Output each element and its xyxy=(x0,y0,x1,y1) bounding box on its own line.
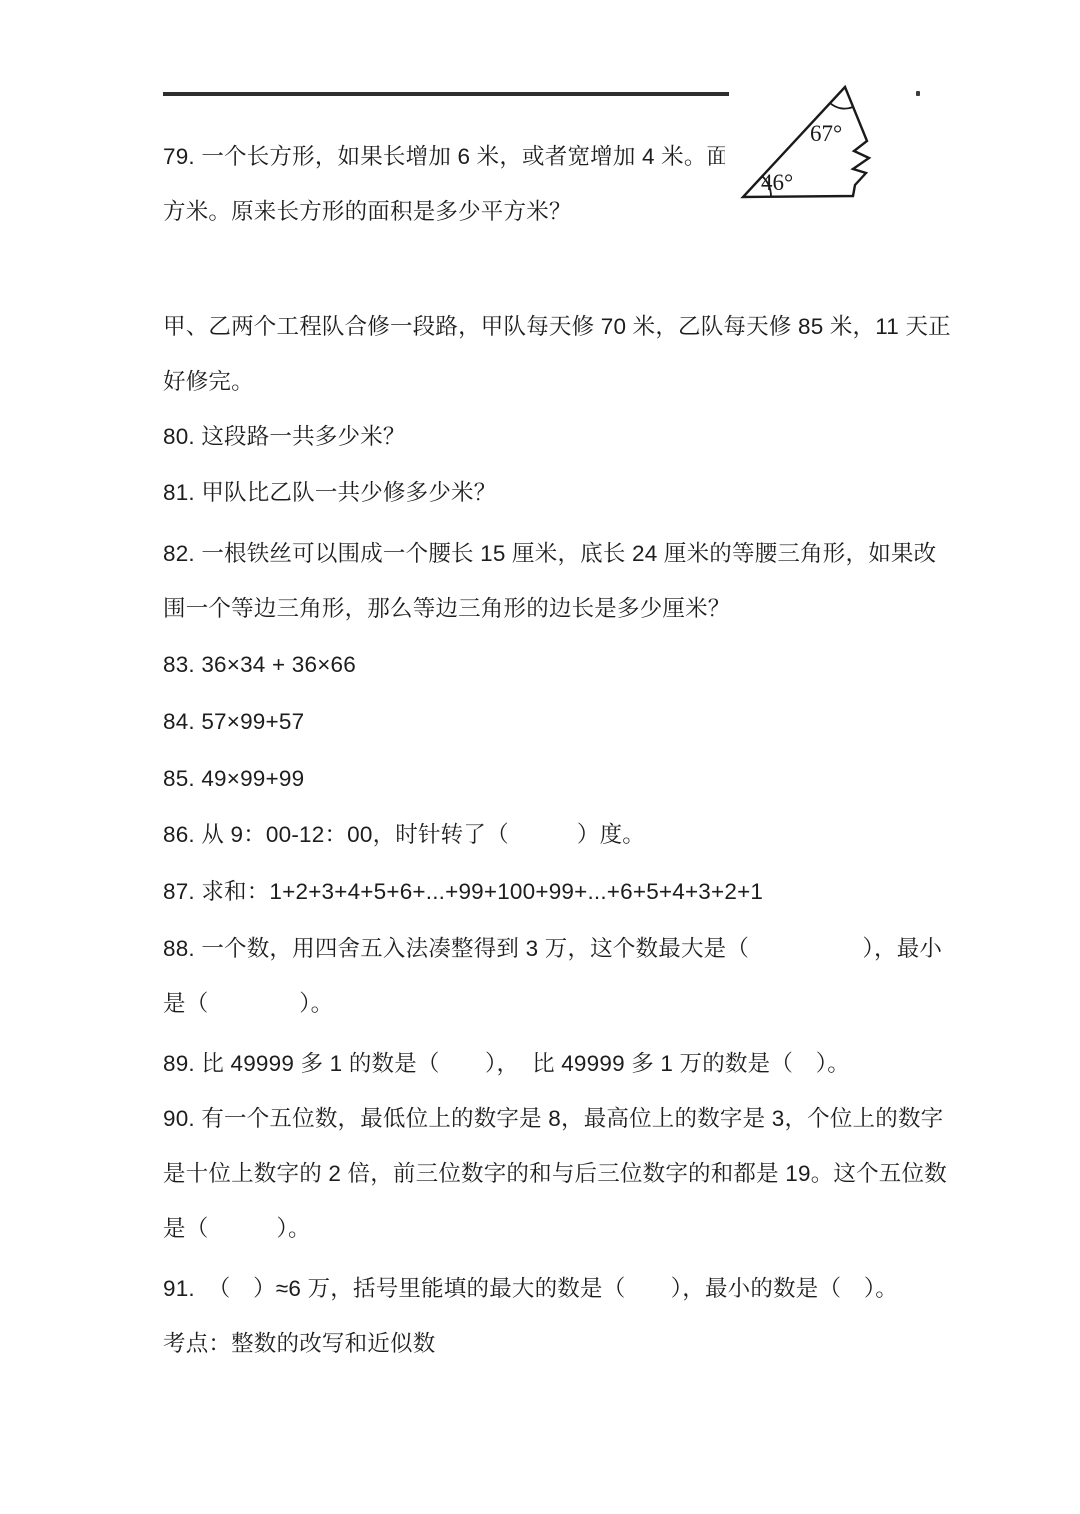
problem-88-line2: 是（ ）。 xyxy=(163,990,333,1020)
apex-angle-label: 67° xyxy=(810,121,842,146)
apex-angle-arc xyxy=(830,103,853,109)
stray-mark xyxy=(916,91,920,96)
problem-85: 85. 49×99+99 xyxy=(163,765,304,795)
exam-point-note: 考点：整数的改写和近似数 xyxy=(163,1330,435,1360)
problem-87: 87. 求和：1+2+3+4+5+6+...+99+100+99+...+6+5… xyxy=(163,878,763,908)
problem-81: 81. 甲队比乙队一共少修多少米？ xyxy=(163,479,496,509)
problem-80: 80. 这段路一共多少米？ xyxy=(163,423,406,453)
worksheet-page: 79. 一个长方形，如果长增加 6 米，或者宽增加 4 米。面积 方米。原来长方… xyxy=(0,0,1080,1514)
problem-88-line1: 88. 一个数，用四舍五入法凑整得到 3 万，这个数最大是（ ），最小 xyxy=(163,935,942,965)
torn-triangle-figure: 67° 46° xyxy=(723,68,935,208)
problem-84: 84. 57×99+57 xyxy=(163,708,304,738)
problem-90-line3: 是（ ）。 xyxy=(163,1215,311,1245)
problem-79-line1: 79. 一个长方形，如果长增加 6 米，或者宽增加 4 米。面积 xyxy=(163,143,725,173)
problem-86: 86. 从 9：00-12：00，时针转了（ ）度。 xyxy=(163,821,645,851)
base-angle-label: 46° xyxy=(761,170,793,195)
problem-90-line1: 90. 有一个五位数，最低位上的数字是 8，最高位上的数字是 3，个位上的数字 xyxy=(163,1105,943,1135)
section-divider-line xyxy=(163,92,729,96)
problem-90-line2: 是十位上数字的 2 倍，前三位数字的和与后三位数字的和都是 19。这个五位数 xyxy=(163,1160,947,1190)
problem-91: 91. （ ）≈6 万，括号里能填的最大的数是（ ），最小的数是（ ）。 xyxy=(163,1275,898,1305)
problem-79-line2: 方米。原来长方形的面积是多少平方米？ xyxy=(163,198,572,228)
problem-83: 83. 36×34 + 36×66 xyxy=(163,651,356,681)
problem-80-81-intro2: 好修完。 xyxy=(163,368,254,398)
problem-89: 89. 比 49999 多 1 的数是（ ）， 比 49999 多 1 万的数是… xyxy=(163,1050,850,1080)
problem-82-line1: 82. 一根铁丝可以围成一个腰长 15 厘米，底长 24 厘米的等腰三角形，如果… xyxy=(163,540,936,570)
problem-82-line2: 围一个等边三角形，那么等边三角形的边长是多少厘米？ xyxy=(163,595,731,625)
problem-80-81-intro: 甲、乙两个工程队合修一段路，甲队每天修 70 米，乙队每天修 85 米，11 天… xyxy=(163,313,951,343)
